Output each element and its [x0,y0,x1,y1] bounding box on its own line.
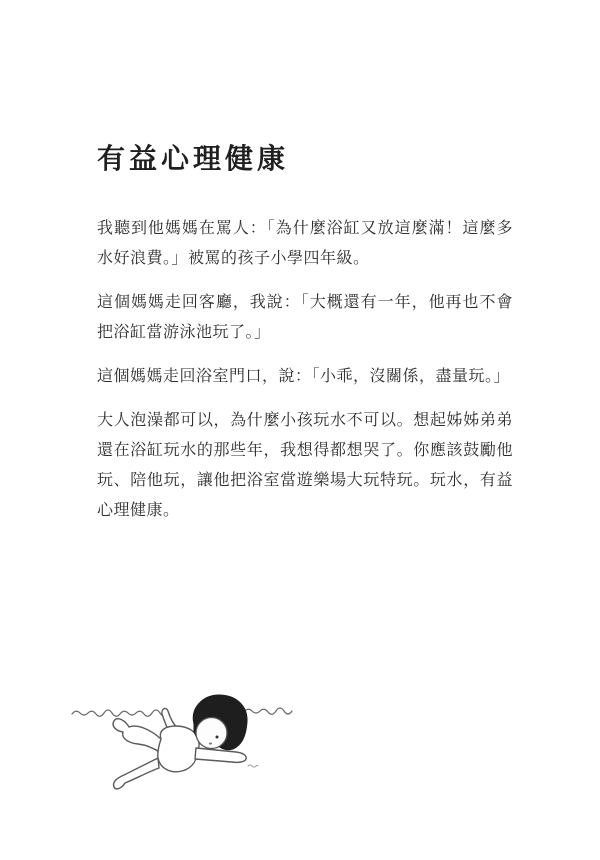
paragraph-4: 大人泡澡都可以，為什麼小孩玩水不可以。想起姊姊弟弟還在浴缸玩水的那些年，我想得都… [97,406,513,526]
child-torso [158,726,199,772]
child-leg-extended [114,758,159,789]
chapter-title: 有益心理健康 [97,137,289,177]
artist-signature [248,765,258,767]
water-line-right-icon [244,708,292,714]
body-text: 我聽到他媽媽在罵人：「為什麼浴缸又放這麼滿！這麼多水好浪費。」被罵的孩子小學四年… [97,214,513,540]
child-leg-bent [113,719,161,753]
child-eye-icon [216,736,219,739]
book-page: 有益心理健康 我聽到他媽媽在罵人：「為什麼浴缸又放這麼滿！這麼多水好浪費。」被罵… [0,0,600,860]
paragraph-1: 我聽到他媽媽在罵人：「為什麼浴缸又放這麼滿！這麼多水好浪費。」被罵的孩子小學四年… [97,214,513,274]
paragraph-2: 這個媽媽走回客廳，我說：「大概還有一年，他再也不會把浴缸當游泳池玩了。」 [97,288,513,348]
child-mouth-icon [209,743,212,745]
water-line-left-icon [72,710,168,716]
child-arm-extended [195,748,246,762]
paragraph-3: 這個媽媽走回浴室門口，說：「小乖，沒關係，盡量玩。」 [97,362,513,392]
swimming-child-illustration [58,682,326,812]
